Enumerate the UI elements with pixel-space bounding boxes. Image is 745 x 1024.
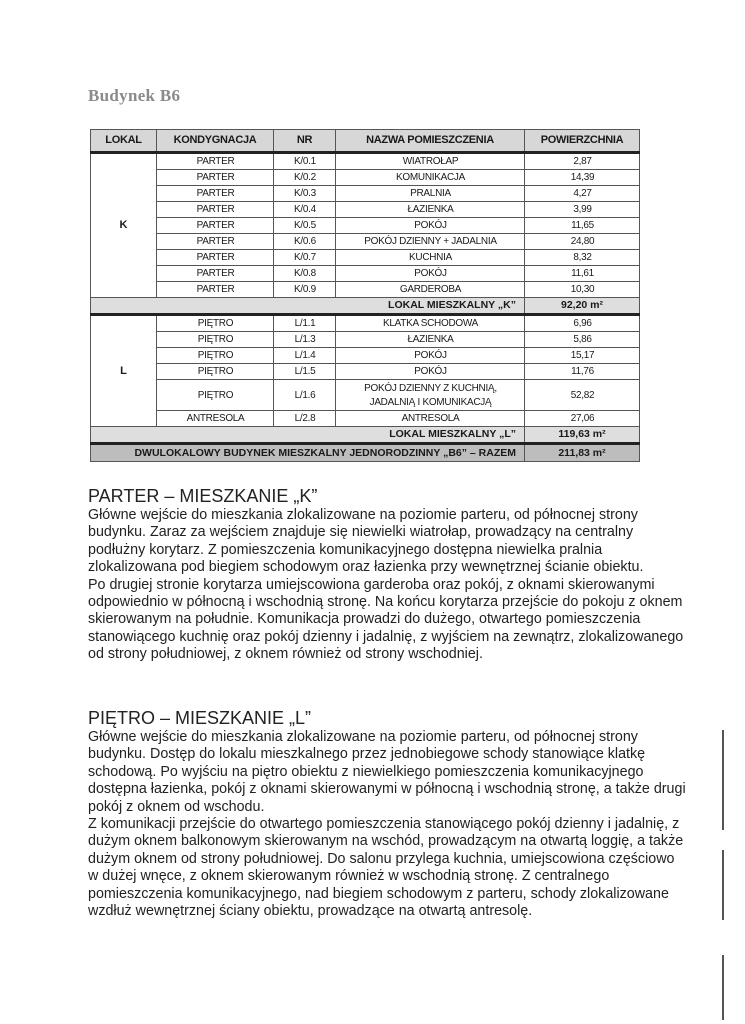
table-row: PIĘTROL/1.5POKÓJ11,76: [91, 364, 640, 380]
section-pietro-paragraph-1: Główne wejście do mieszkania zlokalizowa…: [88, 729, 688, 816]
nr-cell: K/0.2: [275, 170, 334, 186]
powierzchnia-cell: 52,82: [527, 380, 636, 411]
nr-cell: L/2.8: [275, 411, 334, 427]
nazwa-cell: ŁAZIENKA: [340, 202, 520, 218]
kondygnacja-cell: PIĘTRO: [159, 364, 270, 380]
section-pietro-paragraph-2: Z komunikacji przejście do otwartego pom…: [88, 816, 688, 920]
header-lokal: LOKAL: [91, 130, 157, 153]
table-row: KPARTERK/0.1WIATROŁAP2,87: [91, 153, 640, 170]
nr-cell: L/1.3: [275, 332, 334, 348]
section-parter-paragraph-1: Główne wejście do mieszkania zlokalizowa…: [88, 507, 688, 577]
nr-cell: K/0.4: [275, 202, 334, 218]
header-nr: NR: [274, 130, 336, 153]
scan-artifact-line: [722, 955, 724, 1020]
table-row: PARTERK/0.3PRALNIA4,27: [91, 186, 640, 202]
kondygnacja-cell: PIĘTRO: [159, 315, 270, 332]
rooms-table: LOKAL KONDYGNACJA NR NAZWA POMIESZCZENIA…: [90, 129, 640, 462]
nazwa-cell: KLATKA SCHODOWA: [340, 315, 520, 332]
nr-cell: L/1.4: [275, 348, 334, 364]
table-row: PARTERK/0.6POKÓJ DZIENNY + JADALNIA24,80: [91, 234, 640, 250]
section-parter: PARTER – MIESZKANIE „K” Główne wejście d…: [88, 485, 688, 664]
nazwa-line-2: JADALNIĄ I KOMUNIKACJĄ: [341, 395, 520, 409]
powierzchnia-cell: 5,86: [527, 332, 636, 348]
nr-cell: K/0.5: [275, 218, 334, 234]
table-header-row: LOKAL KONDYGNACJA NR NAZWA POMIESZCZENIA…: [91, 130, 640, 153]
table-row: LPIĘTROL/1.1KLATKA SCHODOWA6,96: [91, 315, 640, 332]
nazwa-cell: POKÓJ: [340, 266, 520, 282]
subtotal-value: 92,20 m²: [525, 298, 640, 315]
grand-total-value: 211,83 m²: [525, 444, 640, 462]
nr-cell: K/0.3: [275, 186, 334, 202]
nazwa-cell: GARDEROBA: [340, 282, 520, 298]
nr-cell: K/0.6: [275, 234, 334, 250]
scan-artifact-line: [722, 850, 724, 920]
header-nazwa: NAZWA POMIESZCZENIA: [336, 130, 525, 153]
nazwa-cell: POKÓJ: [340, 348, 520, 364]
powierzchnia-cell: 3,99: [527, 202, 636, 218]
section-parter-heading: PARTER – MIESZKANIE „K”: [88, 485, 688, 507]
nazwa-cell: WIATROŁAP: [340, 153, 520, 170]
nr-cell: K/0.1: [275, 153, 334, 170]
kondygnacja-cell: PARTER: [159, 186, 270, 202]
table-row: PARTERK/0.7KUCHNIA8,32: [91, 250, 640, 266]
nazwa-cell: PRALNIA: [340, 186, 520, 202]
powierzchnia-cell: 24,80: [527, 234, 636, 250]
lokal-cell: K: [91, 153, 157, 298]
nazwa-cell: POKÓJ DZIENNY + JADALNIA: [340, 234, 520, 250]
table-row: PIĘTROL/1.6POKÓJ DZIENNY Z KUCHNIĄ,JADAL…: [91, 380, 640, 411]
powierzchnia-cell: 15,17: [527, 348, 636, 364]
powierzchnia-cell: 11,65: [527, 218, 636, 234]
powierzchnia-cell: 27,06: [527, 411, 636, 427]
kondygnacja-cell: PARTER: [159, 170, 270, 186]
subtotal-label: LOKAL MIESZKALNY „K”: [91, 298, 525, 315]
table-row: PARTERK/0.2KOMUNIKACJA14,39: [91, 170, 640, 186]
nr-cell: L/1.6: [275, 380, 334, 411]
nr-cell: K/0.9: [275, 282, 334, 298]
subtotal-row: LOKAL MIESZKALNY „K”92,20 m²: [91, 298, 640, 315]
section-pietro: PIĘTRO – MIESZKANIE „L” Główne wejście d…: [88, 707, 688, 920]
powierzchnia-cell: 8,32: [527, 250, 636, 266]
header-powierzchnia: POWIERZCHNIA: [525, 130, 640, 153]
section-pietro-heading: PIĘTRO – MIESZKANIE „L”: [88, 707, 688, 729]
grand-total-label: DWULOKALOWY BUDYNEK MIESZKALNY JEDNORODZ…: [91, 444, 525, 462]
nazwa-cell: ŁAZIENKA: [340, 332, 520, 348]
kondygnacja-cell: PARTER: [159, 282, 270, 298]
kondygnacja-cell: PARTER: [159, 250, 270, 266]
kondygnacja-cell: PIĘTRO: [159, 332, 270, 348]
subtotal-row: LOKAL MIESZKALNY „L”119,63 m²: [91, 427, 640, 444]
powierzchnia-cell: 11,61: [527, 266, 636, 282]
document-title: Budynek B6: [88, 86, 180, 106]
nazwa-cell: POKÓJ: [340, 218, 520, 234]
nazwa-line-1: POKÓJ DZIENNY Z KUCHNIĄ,: [341, 381, 520, 395]
powierzchnia-cell: 11,76: [527, 364, 636, 380]
kondygnacja-cell: PARTER: [159, 153, 270, 170]
nr-cell: K/0.8: [275, 266, 334, 282]
table-row: PARTERK/0.8POKÓJ11,61: [91, 266, 640, 282]
nazwa-cell: KUCHNIA: [340, 250, 520, 266]
powierzchnia-cell: 4,27: [527, 186, 636, 202]
nazwa-cell: POKÓJ DZIENNY Z KUCHNIĄ,JADALNIĄ I KOMUN…: [340, 380, 520, 411]
kondygnacja-cell: PARTER: [159, 234, 270, 250]
nr-cell: L/1.1: [275, 315, 334, 332]
nazwa-cell: POKÓJ: [340, 364, 520, 380]
header-kondygnacja: KONDYGNACJA: [157, 130, 274, 153]
table-row: PARTERK/0.4ŁAZIENKA3,99: [91, 202, 640, 218]
powierzchnia-cell: 10,30: [527, 282, 636, 298]
kondygnacja-cell: PIĘTRO: [159, 348, 270, 364]
scan-artifact-line: [722, 730, 724, 830]
kondygnacja-cell: PARTER: [159, 202, 270, 218]
kondygnacja-cell: PIĘTRO: [159, 380, 270, 411]
powierzchnia-cell: 2,87: [527, 153, 636, 170]
nr-cell: K/0.7: [275, 250, 334, 266]
subtotal-label: LOKAL MIESZKALNY „L”: [91, 427, 525, 444]
subtotal-value: 119,63 m²: [525, 427, 640, 444]
powierzchnia-cell: 6,96: [527, 315, 636, 332]
table-row: PARTERK/0.5POKÓJ11,65: [91, 218, 640, 234]
powierzchnia-cell: 14,39: [527, 170, 636, 186]
nazwa-cell: ANTRESOLA: [340, 411, 520, 427]
kondygnacja-cell: PARTER: [159, 266, 270, 282]
table-row: PARTERK/0.9GARDEROBA10,30: [91, 282, 640, 298]
nazwa-cell: KOMUNIKACJA: [340, 170, 520, 186]
kondygnacja-cell: PARTER: [159, 218, 270, 234]
section-parter-paragraph-2: Po drugiej stronie korytarza umiejscowio…: [88, 577, 688, 664]
nr-cell: L/1.5: [275, 364, 334, 380]
grand-total-row: DWULOKALOWY BUDYNEK MIESZKALNY JEDNORODZ…: [91, 444, 640, 462]
lokal-cell: L: [91, 315, 157, 427]
kondygnacja-cell: ANTRESOLA: [159, 411, 270, 427]
table-row: PIĘTROL/1.3ŁAZIENKA5,86: [91, 332, 640, 348]
table-row: ANTRESOLAL/2.8ANTRESOLA27,06: [91, 411, 640, 427]
table-row: PIĘTROL/1.4POKÓJ15,17: [91, 348, 640, 364]
